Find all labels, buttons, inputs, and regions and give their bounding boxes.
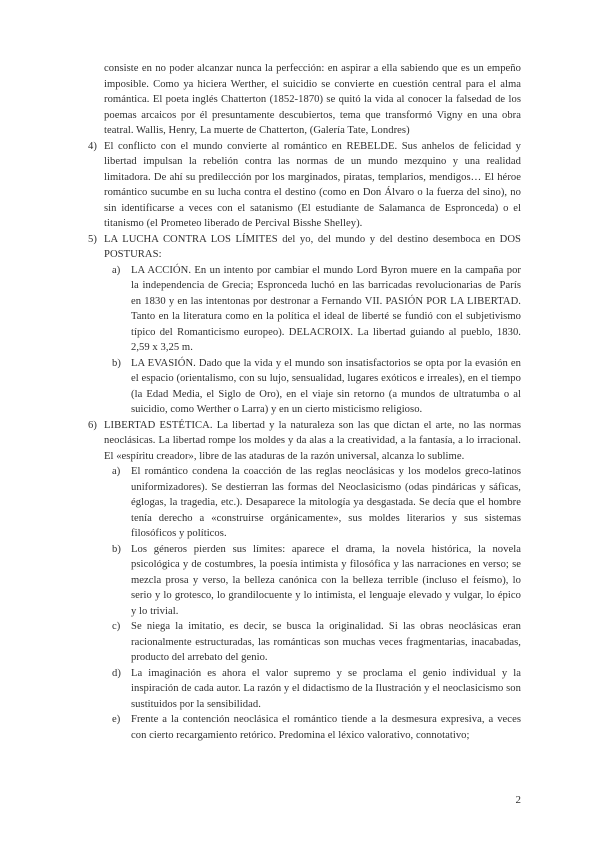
item-marker: 4)	[88, 139, 104, 155]
sub-item-6b: b) Los géneros pierden sus límites: apar…	[112, 542, 521, 620]
page-number: 2	[88, 793, 521, 808]
item-text: LIBERTAD ESTÉTICA. La libertad y la natu…	[104, 418, 521, 465]
subitem-text: LA EVASIÓN. Dado que la vida y el mundo …	[131, 356, 521, 418]
numbered-item-6: 6) LIBERTAD ESTÉTICA. La libertad y la n…	[88, 418, 521, 465]
subitem-marker: c)	[112, 619, 131, 635]
sub-item-6c: c) Se niega la imitatio, es decir, se bu…	[112, 619, 521, 666]
subitem-text: La imaginación es ahora el valor supremo…	[131, 666, 521, 713]
subitem-marker: a)	[112, 263, 131, 279]
sub-item-6d: d) La imaginación es ahora el valor supr…	[112, 666, 521, 713]
subitem-text: Frente a la contención neoclásica el rom…	[131, 712, 521, 743]
item-marker: 5)	[88, 232, 104, 248]
numbered-item-5: 5) LA LUCHA CONTRA LOS LÍMITES del yo, d…	[88, 232, 521, 263]
numbered-item-4: 4) El conflicto con el mundo convierte a…	[88, 139, 521, 232]
item-text: LA LUCHA CONTRA LOS LÍMITES del yo, del …	[104, 232, 521, 263]
item-marker: 6)	[88, 418, 104, 434]
sub-item-5a: a) LA ACCIÓN. En un intento por cambiar …	[112, 263, 521, 356]
subitem-text: Los géneros pierden sus límites: aparece…	[131, 542, 521, 620]
subitem-marker: d)	[112, 666, 131, 682]
subitem-marker: b)	[112, 356, 131, 372]
item-text: El conflicto con el mundo convierte al r…	[104, 139, 521, 232]
sub-item-6e: e) Frente a la contención neoclásica el …	[112, 712, 521, 743]
subitem-marker: b)	[112, 542, 131, 558]
subitem-text: El romántico condena la coacción de las …	[131, 464, 521, 542]
subitem-marker: a)	[112, 464, 131, 480]
sub-item-5b: b) LA EVASIÓN. Dado que la vida y el mun…	[112, 356, 521, 418]
paragraph-continuation: consiste en no poder alcanzar nunca la p…	[104, 61, 521, 139]
subitem-text: LA ACCIÓN. En un intento por cambiar el …	[131, 263, 521, 356]
subitem-text: Se niega la imitatio, es decir, se busca…	[131, 619, 521, 666]
document-page: consiste en no poder alcanzar nunca la p…	[88, 61, 521, 743]
subitem-marker: e)	[112, 712, 131, 728]
sub-item-6a: a) El romántico condena la coacción de l…	[112, 464, 521, 542]
